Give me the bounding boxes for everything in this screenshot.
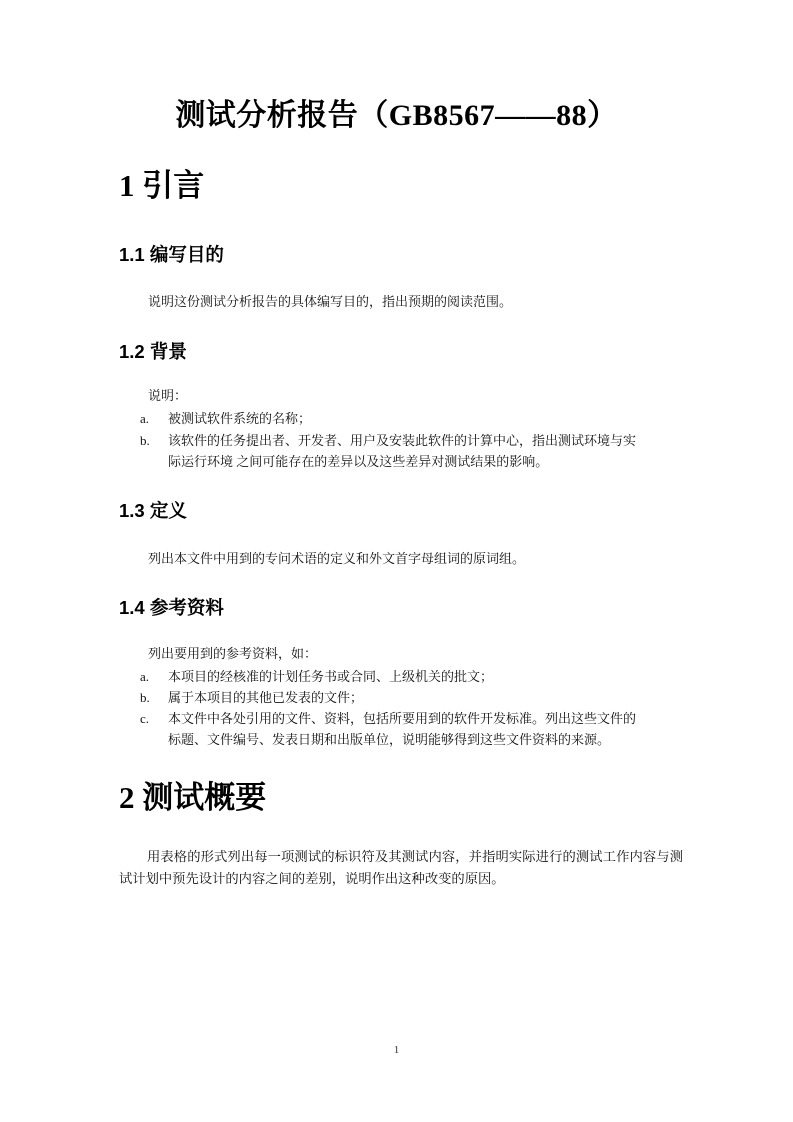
list-item: a. 被测试软件系统的名称；: [140, 408, 700, 429]
heading-1-1-purpose: 1.1 编写目的: [119, 242, 224, 268]
heading-1-introduction: 1 引言: [119, 166, 204, 206]
page-number: 1: [0, 1044, 793, 1056]
list-item: b. 该软件的任务提出者、开发者、用户及安装此软件的计算中心，指出测试环境与实 …: [140, 430, 700, 472]
document-title: 测试分析报告（GB8567——88）: [0, 96, 793, 136]
heading-2-test-summary: 2 测试概要: [119, 778, 266, 818]
references-list: a. 本项目的经核准的计划任务书或合同、上级机关的批文； b. 属于本项目的其他…: [140, 666, 700, 750]
document-page: 测试分析报告（GB8567——88） 1 引言 1.1 编写目的 说明这份测试分…: [0, 0, 793, 1122]
list-marker: a.: [140, 408, 149, 429]
list-item-text: 被测试软件系统的名称；: [168, 411, 311, 426]
purpose-text: 说明这份测试分析报告的具体编写目的，指出预期的阅读范围。: [148, 292, 512, 312]
list-marker: c.: [140, 708, 149, 729]
list-marker: a.: [140, 666, 149, 687]
list-item-text: 该软件的任务提出者、开发者、用户及安装此软件的计算中心，指出测试环境与实: [168, 430, 700, 451]
list-item-text: 本项目的经核准的计划任务书或合同、上级机关的批文；: [168, 669, 493, 684]
heading-1-4-references: 1.4 参考资料: [119, 595, 224, 621]
background-intro: 说明：: [148, 386, 187, 406]
references-intro: 列出要用到的参考资料，如：: [148, 644, 317, 664]
heading-1-2-background: 1.2 背景: [119, 339, 187, 365]
list-marker: b.: [140, 430, 150, 451]
definitions-text: 列出本文件中用到的专问术语的定义和外文首字母组词的原词组。: [148, 549, 525, 569]
list-item-text: 本文件中各处引用的文件、资料，包括所要用到的软件开发标准。列出这些文件的: [168, 708, 700, 729]
test-summary-text: 用表格的形式列出每一项测试的标识符及其测试内容，并指明实际进行的测试工作内容与测…: [119, 846, 683, 890]
list-marker: b.: [140, 687, 150, 708]
list-item-text: 属于本项目的其他已发表的文件；: [168, 690, 363, 705]
list-item-text-continuation: 标题、文件编号、发表日期和出版单位，说明能够得到这些文件资料的来源。: [168, 729, 700, 750]
background-list: a. 被测试软件系统的名称； b. 该软件的任务提出者、开发者、用户及安装此软件…: [140, 408, 700, 472]
list-item: b. 属于本项目的其他已发表的文件；: [140, 687, 700, 708]
list-item: a. 本项目的经核准的计划任务书或合同、上级机关的批文；: [140, 666, 700, 687]
list-item-text-continuation: 际运行环境 之间可能存在的差异以及这些差异对测试结果的影响。: [168, 451, 700, 472]
heading-1-3-definitions: 1.3 定义: [119, 498, 187, 524]
list-item: c. 本文件中各处引用的文件、资料，包括所要用到的软件开发标准。列出这些文件的 …: [140, 708, 700, 750]
